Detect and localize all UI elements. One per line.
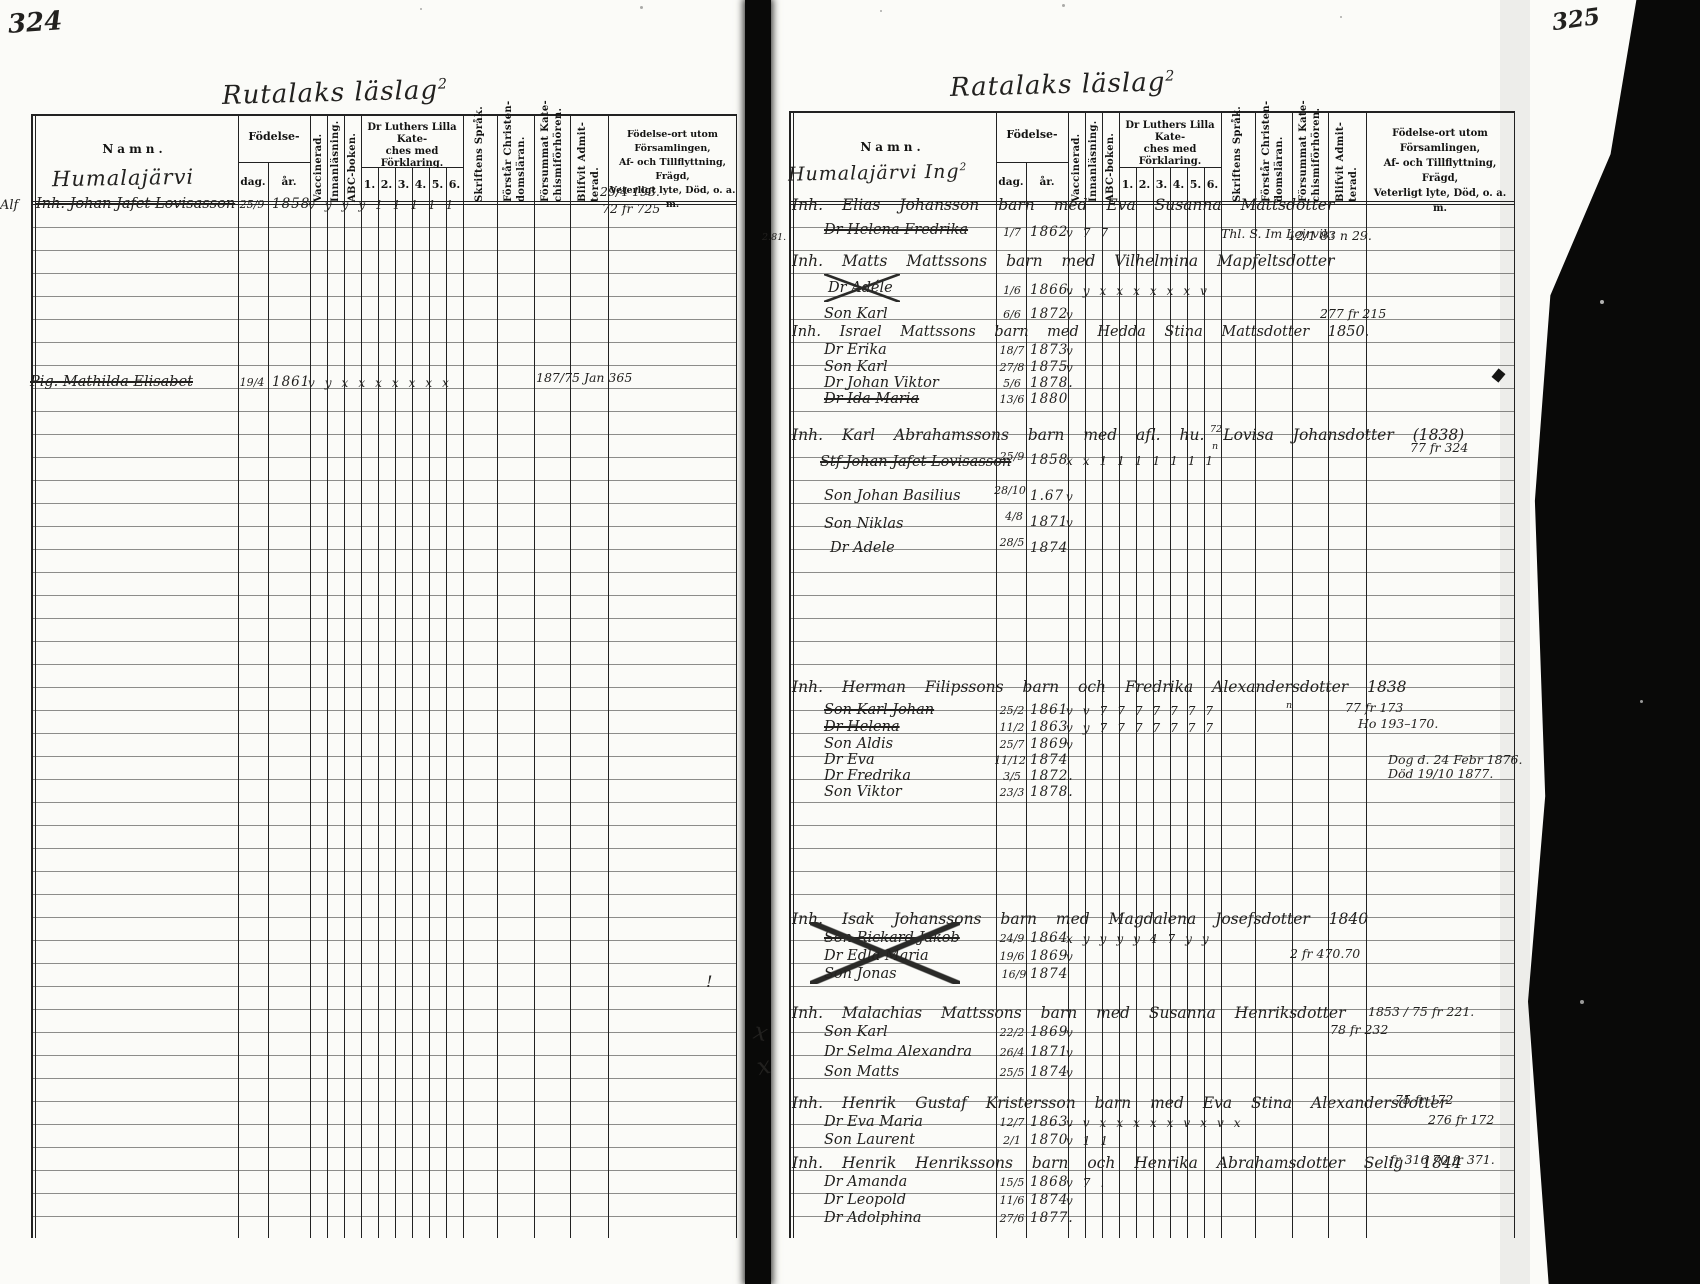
entry-name: Dr Adolphina — [824, 1210, 922, 1226]
page-title-right-text: Ratalaks läslag — [950, 67, 1166, 103]
birth-year: 1861 — [272, 374, 310, 390]
column-rule — [429, 167, 430, 1238]
birth-year: 1872 — [1030, 306, 1068, 322]
birth-day: 11/6 — [994, 1194, 1030, 1207]
column-header-namn: Namn. — [31, 142, 238, 156]
birth-day: 27/8 — [994, 361, 1030, 374]
entry-name: Dr Eva Maria — [824, 1114, 923, 1130]
birth-day: 13/6 — [994, 393, 1030, 406]
column-rule — [446, 167, 447, 1238]
birth-day: 25/9 — [994, 450, 1030, 463]
entry-name: Son Viktor — [824, 784, 902, 800]
birth-day: 11/12 — [992, 754, 1028, 767]
entry-name: Inh. Malachias Mattssons barn med Susann… — [792, 1004, 1345, 1022]
column-header-vaccinerad: Vaccinerad. — [1070, 118, 1083, 202]
birth-year: 1861 — [1030, 702, 1068, 718]
katekes-col-6: 6. — [1204, 178, 1221, 191]
skriftens-label: Skriftens Språk. — [473, 118, 486, 202]
column-rule — [463, 114, 464, 1238]
entry-name: Dr Eva — [824, 752, 875, 768]
vaccinerad-label: Vaccinerad. — [312, 118, 325, 202]
remark-note: 29/4 193. — [600, 184, 660, 199]
birth-day: 24/9 — [994, 932, 1030, 945]
remark-note: Död 19/10 1877. — [1388, 766, 1493, 781]
entry-name: Inh. Israel Mattssons barn med Hedda Sti… — [792, 324, 1369, 340]
katekes-col-4: 4. — [412, 178, 429, 191]
column-rule — [534, 114, 535, 1238]
remark-note: 276 fr 172 — [1428, 1112, 1494, 1127]
birth-day: 11/2 — [994, 721, 1030, 734]
column-rule — [1366, 111, 1367, 1238]
birth-year: 1878. — [1030, 784, 1074, 800]
column-rule — [793, 111, 794, 1238]
exam-marks: vyyy11111 — [308, 198, 463, 212]
birth-day: 5/6 — [994, 377, 1030, 390]
remarks-line1: Födelse-ort utom Församlingen, — [627, 129, 718, 154]
column-rule — [310, 114, 311, 1238]
abc-label: ABC-boken. — [346, 118, 359, 202]
column-rule — [608, 114, 609, 1238]
entry-name: Son Aldis — [824, 736, 893, 752]
birth-subheader-rule — [238, 162, 310, 163]
section-text: Humalajärvi Ing — [788, 161, 960, 186]
entry-name: Dr Helena — [824, 719, 900, 735]
forstar-line1: Förstår Christen- — [1260, 118, 1273, 202]
column-header-forstar: Förstår Christen-domsläran. — [1260, 118, 1286, 202]
exam-marks: xyyyy47yy — [1066, 932, 1219, 946]
exam-marks: v — [1066, 308, 1083, 322]
remark-note: 77 fr 324 — [1410, 440, 1468, 455]
exam-marks: v11 — [1066, 1134, 1118, 1148]
column-header-remarks: Födelse-ort utom Församlingen,Af- och Ti… — [1366, 126, 1514, 216]
entry-name: Inh. Herman Filipssons barn och Fredrika… — [792, 678, 1407, 696]
birth-day: 25/9 — [234, 198, 270, 211]
birth-year: 1869 — [1030, 948, 1068, 964]
column-header-katekes: Dr Luthers Lilla Kate-ches med Förklarin… — [361, 122, 463, 170]
entry-name: Dr Amanda — [824, 1174, 907, 1190]
birth-day: 15/5 — [994, 1176, 1030, 1189]
katekes-col-3: 3. — [395, 178, 412, 191]
blifvit-line2: terad. — [1347, 118, 1360, 202]
birth-year: 1858 — [272, 196, 310, 212]
birth-day: 19/6 — [994, 950, 1030, 963]
forstar-line2: domsläran. — [1273, 118, 1286, 202]
paper-speck — [1600, 300, 1604, 304]
section-sup: 2 — [959, 161, 967, 173]
remark-note: 75 fr 172 — [1395, 1092, 1453, 1107]
column-header-blifvit: Blifvit Admit-terad. — [1334, 118, 1360, 202]
remark-note: 187/75 Jan 365 — [536, 370, 632, 385]
katekes-line1: Dr Luthers Lilla Kate- — [367, 122, 456, 145]
birth-day: 12/7 — [994, 1116, 1030, 1129]
page-title-left-text: Rutalaks läslag — [222, 75, 439, 111]
paper-speck — [1640, 700, 1643, 703]
entry-name: Dr Johan Viktor — [824, 375, 939, 391]
scan-speck — [1340, 16, 1342, 18]
remark-note: 1853 / 75 fr 221. — [1368, 1004, 1474, 1019]
superscript-note: 72 — [1210, 424, 1222, 435]
page-title-right-sup: 2 — [1165, 68, 1176, 84]
katekes-col-1: 1. — [1119, 178, 1136, 191]
column-header-blifvit: Blifvit Admit-terad. — [576, 118, 602, 202]
birth-year: 1874 — [1030, 966, 1068, 982]
entry-name: Inh. Henrik Henrikssons barn och Henrika… — [792, 1154, 1462, 1172]
column-rule — [412, 167, 413, 1238]
katekes-col-6: 6. — [446, 178, 463, 191]
birth-year: 1875 — [1030, 359, 1068, 375]
column-header-dag: dag. — [996, 176, 1026, 188]
entry-name: Son Karl — [824, 359, 888, 375]
birth-day: 22/2 — [994, 1026, 1030, 1039]
remark-note: 78 fr 232 — [1330, 1022, 1388, 1037]
entry-name: Inh. Henrik Gustaf Kristersson barn med … — [792, 1094, 1447, 1112]
entry-name: Dr Ida Maria — [824, 391, 919, 407]
remarks-line2: Af- och Tillflyttning, Frägd, — [1384, 158, 1497, 184]
column-rule — [736, 114, 737, 1238]
birth-year: 1.67 — [1030, 488, 1064, 504]
entry-name: Son Karl — [824, 306, 888, 322]
scan-speck — [420, 8, 422, 10]
column-rule — [31, 114, 33, 1238]
birth-year: 1880 — [1030, 391, 1068, 407]
exam-marks: v — [1066, 738, 1083, 752]
section-heading: Humalajärvi Ing2 — [788, 160, 968, 185]
entry-name: Stf Johan Jafet Lovisasson — [820, 454, 1011, 470]
column-header-abc-boken: ABC-boken. — [346, 118, 359, 202]
exam-marks: xx1111111 — [1066, 454, 1223, 468]
row-rules — [31, 205, 737, 1238]
remarks-line3: Veterligt lyte, Död, o. a. m. — [1374, 188, 1506, 214]
remarks-line2: Af- och Tillflyttning, Frägd, — [619, 157, 726, 182]
column-header-namn: Namn. — [789, 140, 996, 154]
birth-subheader-rule — [996, 162, 1068, 163]
remark-note: 2 fr 470.70 — [1290, 946, 1360, 961]
column-header-innanlasning: Innanläsning. — [1087, 118, 1100, 202]
exam-marks: v — [1066, 1046, 1083, 1060]
column-header-dag: dag. — [238, 176, 268, 188]
column-rule — [344, 114, 345, 1238]
exam-marks: v — [1066, 1194, 1083, 1208]
birth-year: 1864 — [1030, 930, 1068, 946]
crossout-mark — [824, 274, 900, 302]
birth-day: 1/7 — [994, 226, 1030, 239]
blifvit-line1: Blifvit Admit- — [1334, 118, 1347, 202]
birth-day: 4/8 — [996, 510, 1032, 523]
page-title-left-sup: 2 — [438, 76, 449, 92]
abc-label: ABC-boken. — [1104, 118, 1117, 202]
exam-marks: v — [1066, 516, 1083, 530]
column-rule — [1255, 111, 1256, 1238]
katekes-col-3: 3. — [1153, 178, 1170, 191]
katekes-col-2: 2. — [378, 178, 395, 191]
scan-speck — [640, 6, 643, 9]
remarks-line1: Födelse-ort utom Församlingen, — [1392, 128, 1488, 154]
column-rule — [1085, 111, 1086, 1238]
birth-year: 1863 — [1030, 719, 1068, 735]
birth-year: 1874 — [1030, 752, 1068, 768]
entry-name: Son Karl — [824, 1024, 888, 1040]
column-rule — [327, 114, 328, 1238]
katekes-col-5: 5. — [429, 178, 446, 191]
exam-marks: v77 — [1066, 226, 1118, 240]
birth-day: 26/4 — [994, 1046, 1030, 1059]
entry-name: Inh. Matts Mattssons barn med Vilhelmina… — [792, 252, 1334, 270]
exam-marks: v — [1066, 1026, 1083, 1040]
katekes-col-5: 5. — [1187, 178, 1204, 191]
birth-day: 19/4 — [234, 376, 270, 389]
birth-year: 1858 — [1030, 452, 1068, 468]
birth-year: 1870 — [1030, 1132, 1068, 1148]
column-header-abc-boken: ABC-boken. — [1104, 118, 1117, 202]
birth-day: 3/5 — [994, 770, 1030, 783]
skriftens-label: Skriftens Språk. — [1231, 118, 1244, 202]
page-title-left: Rutalaks läslag2 — [222, 75, 449, 111]
exam-marks: v7. — [1066, 1176, 1114, 1190]
column-rule — [1328, 111, 1329, 1238]
column-header-forsummat: Försummat Kate-chismiförhören. — [539, 118, 565, 202]
innanlasning-label: Innanläsning. — [329, 118, 342, 202]
column-rule — [1119, 111, 1120, 1238]
birth-year: 1868 — [1030, 1174, 1068, 1190]
katekes-line1: Dr Luthers Lilla Kate- — [1125, 120, 1214, 143]
entry-name: Son Matts — [824, 1064, 899, 1080]
birth-day: 27/6 — [994, 1212, 1030, 1225]
scan-shadow — [1500, 0, 1530, 1284]
birth-year: 1862 — [1030, 224, 1068, 240]
forsummat-line2: chismiförhören. — [552, 118, 565, 202]
innanlasning-label: Innanläsning. — [1087, 118, 1100, 202]
entry-name: Son Jonas — [824, 966, 897, 982]
superscript-note: n — [1286, 700, 1292, 711]
birth-year: 1872. — [1030, 768, 1074, 784]
page-number-left: 324 — [7, 6, 63, 40]
birth-day: 18/7 — [994, 344, 1030, 357]
birth-day: 16/9 — [996, 968, 1032, 981]
birth-year: 1878. — [1030, 375, 1074, 391]
birth-day: 28/5 — [994, 536, 1030, 549]
blifvit-line1: Blifvit Admit- — [576, 118, 589, 202]
forsummat-line2: chismiförhören. — [1310, 118, 1323, 202]
scanned-parish-register: 324 325 Rutalaks läslag2 Ratalaks läslag… — [0, 0, 1700, 1284]
entry-name: Son Karl Johan — [824, 702, 934, 718]
entry-name: Inh. Elias Johansson barn med Eva Susann… — [792, 196, 1334, 214]
exam-marks: v — [1066, 490, 1083, 504]
entry-name: Inh. Karl Abrahamssons barn med afl. hu.… — [792, 426, 1464, 444]
exam-marks: v — [1066, 361, 1083, 375]
column-rule — [789, 111, 791, 1238]
exam-marks: vvxxxxxvxvx — [1066, 1116, 1251, 1130]
entry-name: Son Johan Basilius — [824, 488, 961, 504]
entry-name: Pig. Mathilda Elisabet — [30, 374, 193, 390]
birth-day: 2/1 — [994, 1134, 1030, 1147]
vaccinerad-label: Vaccinerad. — [1070, 118, 1083, 202]
table-top-rule — [789, 111, 1515, 113]
birth-day: 1/6 — [994, 284, 1030, 297]
birth-day: 25/5 — [994, 1066, 1030, 1079]
column-header-fodelse: Födelse- — [996, 128, 1068, 141]
remark-note: fr 316 70 fr 371. — [1390, 1152, 1495, 1167]
forstar-line2: domsläran. — [515, 118, 528, 202]
paper-speck — [1580, 1000, 1584, 1004]
column-header-ar: år. — [1026, 176, 1068, 188]
column-header-vaccinerad: Vaccinerad. — [312, 118, 325, 202]
column-rule — [497, 114, 498, 1238]
column-rule — [1292, 111, 1293, 1238]
birth-year: 1869 — [1030, 1024, 1068, 1040]
katekes-col-1: 1. — [361, 178, 378, 191]
entry-name: Inh. Johan Jafet Lovisasson — [36, 196, 235, 212]
exam-marks: vy7777777 — [1066, 721, 1223, 735]
margin-note: 2.81. — [762, 232, 786, 243]
superscript-note: n — [1212, 441, 1218, 452]
birth-day: 23/3 — [994, 786, 1030, 799]
katekes-line2: ches med Förklaring. — [381, 146, 444, 169]
torn-page-edge — [1528, 0, 1700, 1284]
forsummat-line1: Försummat Kate- — [539, 118, 552, 202]
column-header-forsummat: Försummat Kate-chismiförhören. — [1297, 118, 1323, 202]
katekes-col-2: 2. — [1136, 178, 1153, 191]
page-title-right: Ratalaks läslag2 — [950, 67, 1176, 103]
birth-day: 6/6 — [994, 308, 1030, 321]
column-header-remarks: Födelse-ort utom Församlingen,Af- och Ti… — [608, 128, 737, 212]
birth-year: 1873 — [1030, 342, 1068, 358]
page-number-right: 325 — [1550, 3, 1601, 36]
entry-name: Son Laurent — [824, 1132, 915, 1148]
exam-marks: vyxxxxxxv — [1066, 284, 1217, 298]
column-rule — [268, 162, 269, 1238]
birth-day: 25/2 — [994, 704, 1030, 717]
column-rule — [1102, 111, 1103, 1238]
binding-strip — [745, 0, 771, 1284]
section-heading: Humalajärvi — [52, 165, 195, 191]
remark-note: 72 fr 725 — [602, 201, 660, 216]
remark-note: 277 fr 215 — [1320, 306, 1386, 321]
birth-year: 1869 — [1030, 736, 1068, 752]
birth-year: 1877. — [1030, 1210, 1074, 1226]
column-header-skriftens: Skriftens Språk. — [1231, 118, 1244, 202]
entry-name: Dr Leopold — [824, 1192, 906, 1208]
margin-note: Alf — [0, 198, 18, 213]
column-header-ar: år. — [268, 176, 310, 188]
column-rule — [238, 114, 239, 1238]
entry-name: Son Niklas — [824, 516, 903, 532]
exam-marks: v — [1066, 344, 1083, 358]
birth-year: 1874 — [1030, 1064, 1068, 1080]
column-header-innanlasning: Innanläsning. — [329, 118, 342, 202]
table-top-rule — [31, 114, 737, 116]
forsummat-line1: Försummat Kate- — [1297, 118, 1310, 202]
column-header-forstar: Förstår Christen-domsläran. — [502, 118, 528, 202]
exam-marks: vyxxxxxxx — [308, 376, 459, 390]
scan-speck — [1062, 4, 1065, 7]
exam-marks: v — [1066, 950, 1083, 964]
entry-name: Dr Erika — [824, 342, 887, 358]
birth-year: 1871 — [1030, 1044, 1068, 1060]
column-header-fodelse: Födelse- — [238, 130, 310, 143]
birth-year: 1874 — [1030, 1192, 1068, 1208]
birth-day: 28/10 — [992, 484, 1028, 497]
column-rule — [570, 114, 571, 1238]
margin-exclamation-mark: ! — [706, 972, 712, 991]
remark-note: 77 fr 173 — [1345, 700, 1403, 715]
scan-speck — [880, 10, 882, 12]
katekes-col-4: 4. — [1170, 178, 1187, 191]
birth-year: 1874 — [1030, 540, 1068, 556]
birth-day: 25/7 — [994, 738, 1030, 751]
column-rule — [35, 114, 36, 1238]
column-rule — [361, 114, 362, 1238]
entry-name: Dr Adele — [830, 540, 895, 556]
entry-name: Dr Fredrika — [824, 768, 911, 784]
katekes-line2: ches med Förklaring. — [1139, 144, 1202, 167]
column-header-katekes: Dr Luthers Lilla Kate-ches med Förklarin… — [1119, 120, 1221, 168]
remark-note: Ho 193–170. — [1358, 716, 1438, 731]
column-rule — [378, 167, 379, 1238]
exam-marks: v — [1066, 1066, 1083, 1080]
birth-year: 1871 — [1030, 514, 1068, 530]
entry-name: Dr Selma Alexandra — [824, 1044, 972, 1060]
entry-name: Dr Edla Maria — [824, 948, 929, 964]
forstar-line1: Förstår Christen- — [502, 118, 515, 202]
remark-note: 12/1 83 n 29. — [1288, 228, 1372, 243]
exam-marks: vv7777777 — [1066, 704, 1223, 718]
column-rule — [1221, 111, 1222, 1238]
entry-name: Dr Helena Fredrika — [824, 222, 968, 238]
column-header-skriftens: Skriftens Språk. — [473, 118, 486, 202]
column-rule — [395, 167, 396, 1238]
